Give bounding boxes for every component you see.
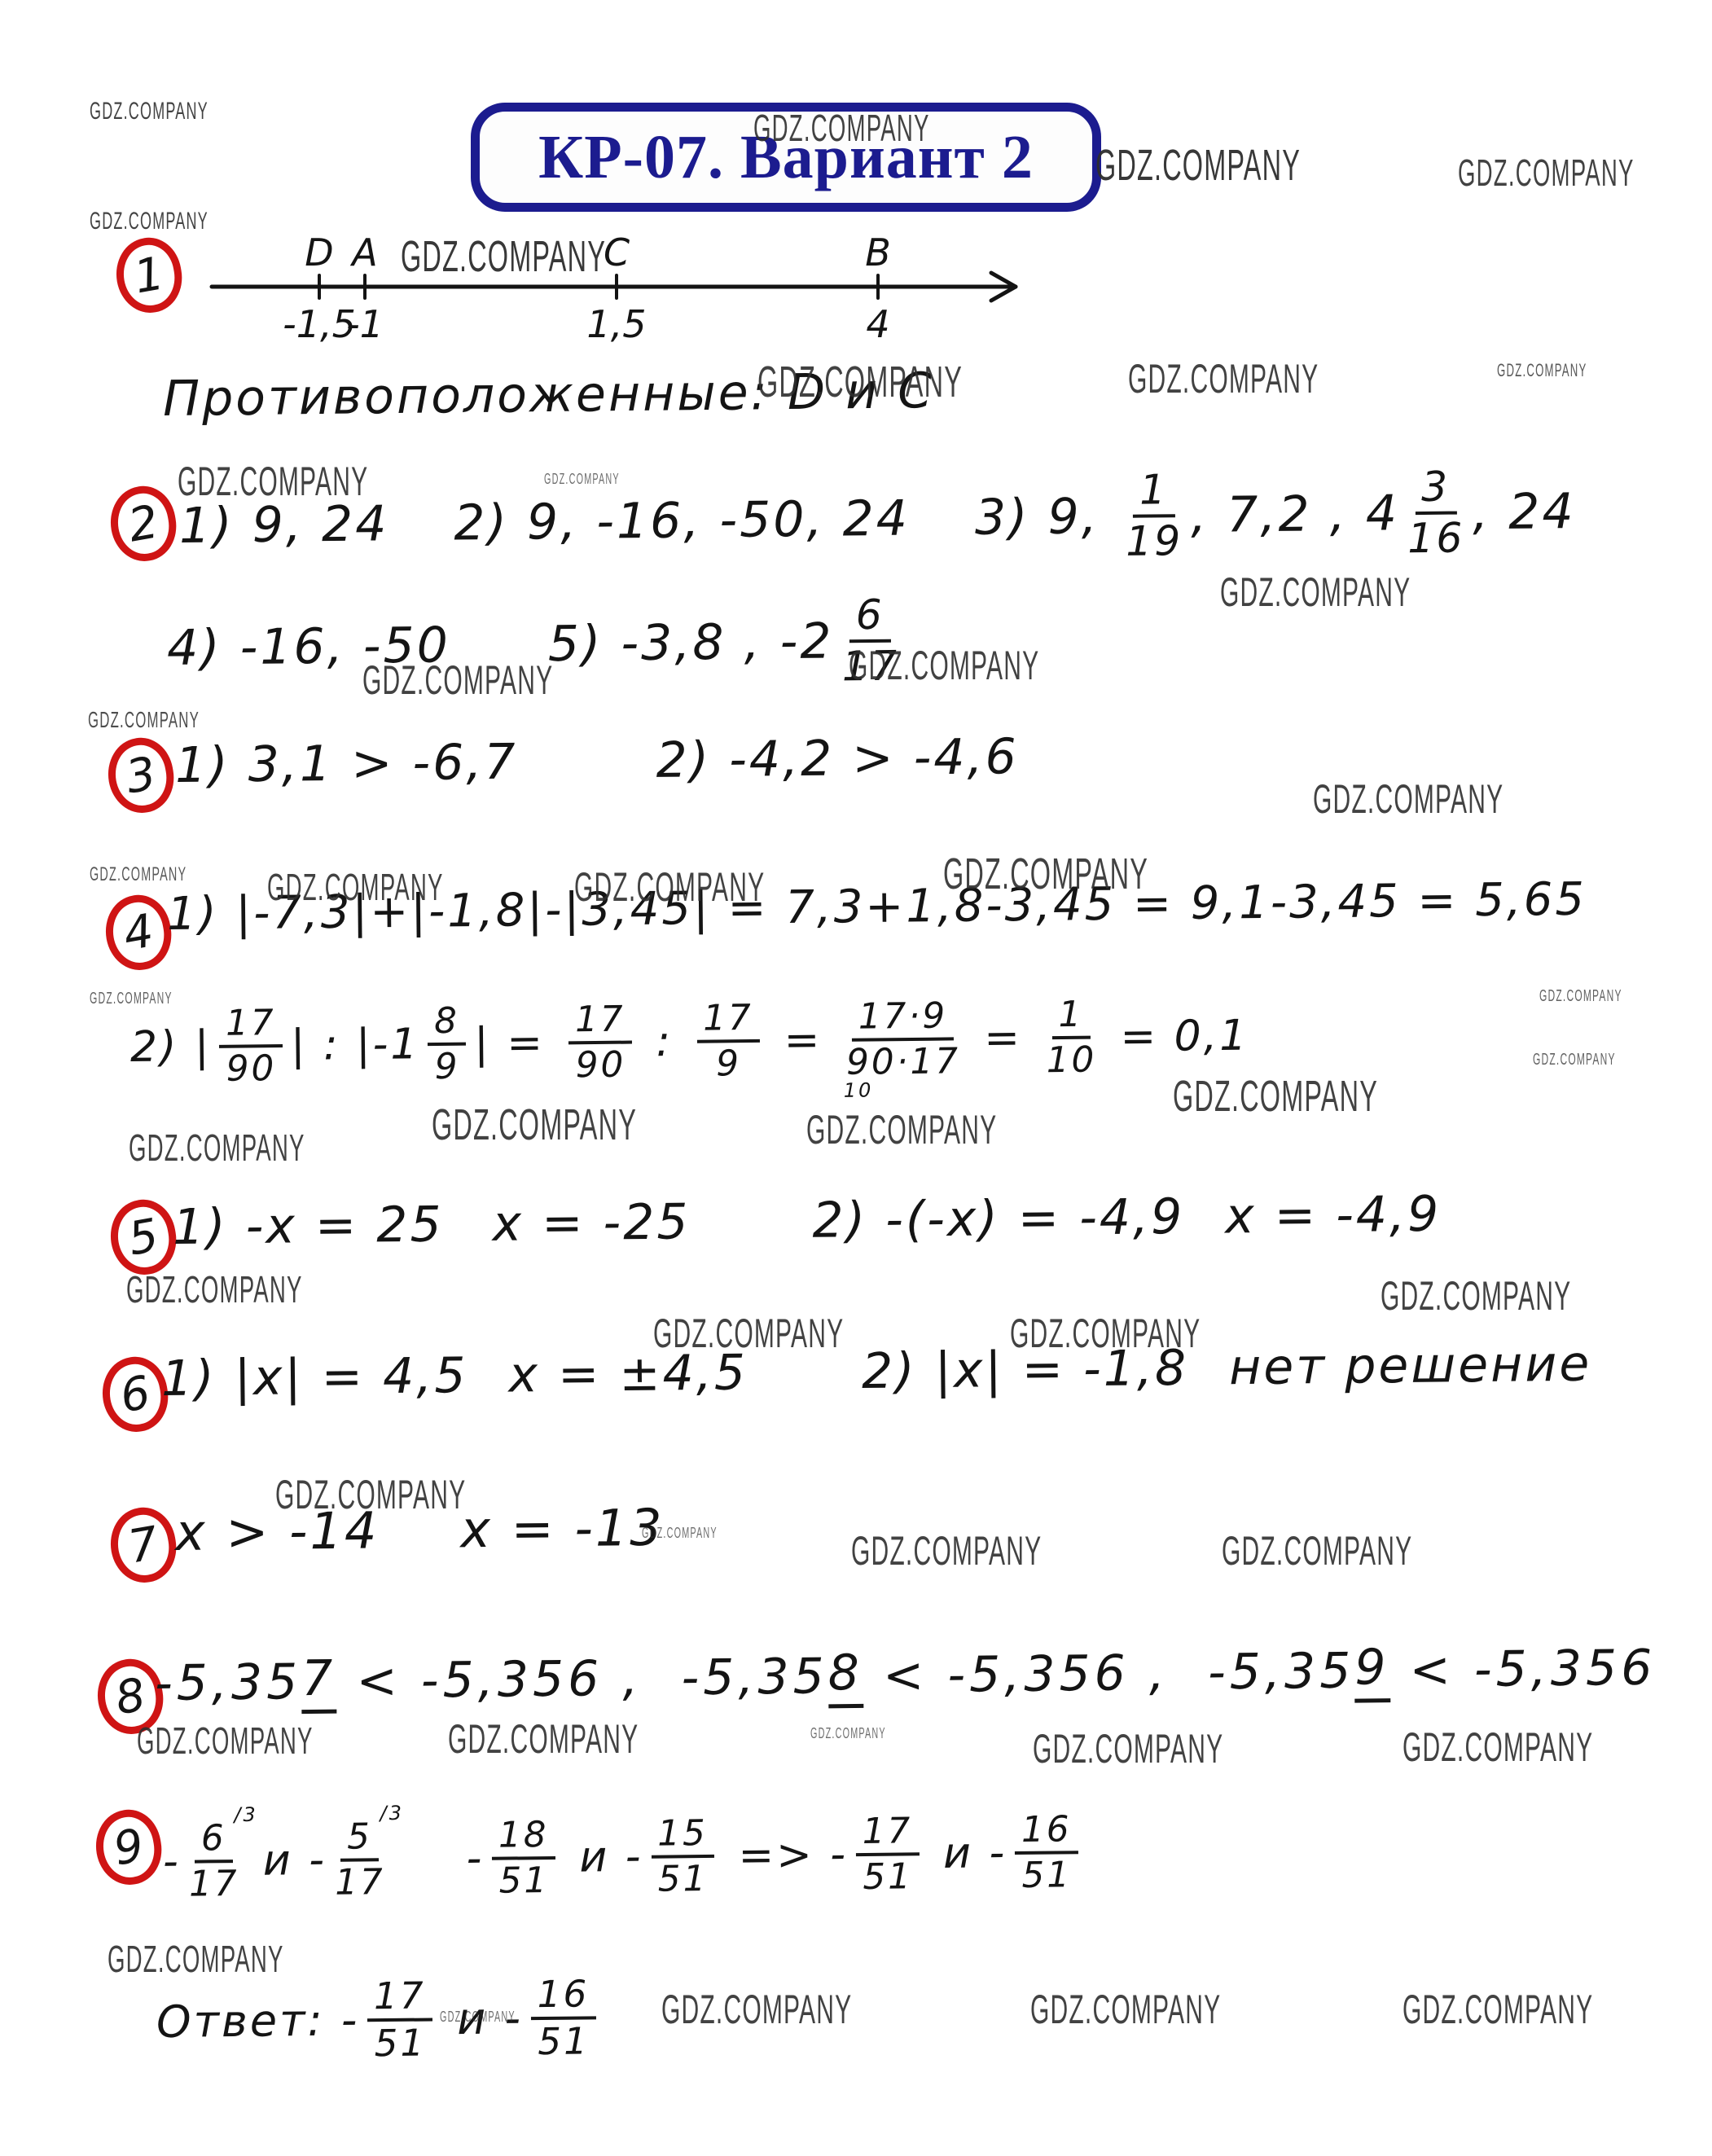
- fraction-numerator: 6: [195, 1820, 233, 1863]
- fraction: 179: [696, 999, 761, 1083]
- watermark: GDZ.COMPANY: [448, 1715, 639, 1763]
- math-text: 1) |x| = 4,5: [161, 1347, 468, 1407]
- fraction: 110: [1046, 996, 1097, 1079]
- fraction-denominator: 90: [226, 1047, 276, 1088]
- watermark: GDZ.COMPANY: [661, 1986, 852, 2033]
- fraction-numerator: 17: [696, 999, 760, 1043]
- fraction-numerator: 8: [428, 1003, 466, 1046]
- watermark: GDZ.COMPANY: [753, 106, 930, 150]
- arrowhead: [991, 287, 1016, 301]
- watermark: GDZ.COMPANY: [1497, 360, 1587, 381]
- spacer: [393, 1859, 467, 1860]
- watermark: GDZ.COMPANY: [88, 707, 200, 733]
- math-text: < -5,356 , -5,35: [863, 1643, 1355, 1705]
- fraction-denominator: 90: [575, 1043, 626, 1084]
- fraction-denominator: 17: [189, 1863, 239, 1904]
- spacer: [468, 1376, 508, 1377]
- math-text: 2) -4,2 > -4,6: [656, 728, 1019, 789]
- fraction: 1851: [492, 1816, 556, 1900]
- spacer: [379, 1530, 460, 1530]
- watermark: GDZ.COMPANY: [362, 656, 553, 704]
- underlined-digit: 9: [1354, 1639, 1390, 1702]
- math-text: =: [768, 1016, 838, 1065]
- problem-2-badge: 2: [105, 481, 182, 566]
- watermark: GDZ.COMPANY: [1095, 140, 1301, 191]
- spacer: [444, 1224, 493, 1225]
- number-line-svg: D-1,5A-1C1,5B4: [187, 220, 1059, 358]
- watermark: GDZ.COMPANY: [943, 849, 1148, 899]
- watermark: GDZ.COMPANY: [1381, 1272, 1571, 1320]
- fraction-numerator: 6: [849, 594, 891, 643]
- fraction-numerator: 1: [1133, 468, 1175, 517]
- watermark: GDZ.COMPANY: [1033, 1725, 1223, 1772]
- fraction: 617∕3: [188, 1820, 239, 1903]
- watermark: GDZ.COMPANY: [108, 1937, 284, 1981]
- fraction-denominator: 9: [716, 1043, 741, 1082]
- fraction: 1790: [219, 1004, 283, 1088]
- value-label: -1: [346, 302, 384, 346]
- math-text: x = -25: [492, 1193, 691, 1253]
- fraction-denominator: 90·17: [846, 1040, 961, 1081]
- watermark: GDZ.COMPANY: [275, 1471, 466, 1518]
- spacer: [1188, 1368, 1229, 1368]
- math-text: 3) 9,: [975, 488, 1118, 547]
- problem-2-line-1: 1) 9, 242) 9, -16, -50, 243) 9, 119, 7,2…: [178, 464, 1576, 573]
- problem-3-line-1: 1) 3,1 > -6,72) -4,2 > -4,6: [175, 728, 1019, 794]
- problem-5-line-1: 1) -x = 25x = -252) -(-x) = -4,9x = -4,9: [173, 1186, 1442, 1256]
- fraction-numerator: 17: [219, 1004, 283, 1048]
- watermark: GDZ.COMPANY: [267, 865, 444, 909]
- fraction-denominator: 51: [498, 1860, 549, 1900]
- watermark: GDZ.COMPANY: [401, 231, 606, 282]
- spacer: [748, 1372, 862, 1372]
- problem-9-answer: Ответ: -1751 и -1651: [156, 1974, 604, 2065]
- watermark: GDZ.COMPANY: [1313, 775, 1503, 823]
- fraction-denominator: 51: [374, 2021, 426, 2062]
- math-text: | : |-1: [291, 1020, 420, 1070]
- watermark: GDZ.COMPANY: [1010, 1310, 1201, 1357]
- fraction-numerator: 16: [1015, 1811, 1078, 1855]
- fraction-numerator: 16: [530, 1974, 595, 2019]
- math-text: 1) -x = 25: [173, 1197, 444, 1256]
- fraction: 17·990·1710: [845, 997, 960, 1081]
- fraction: 1751: [855, 1812, 920, 1896]
- problem-1-badge: 1: [111, 233, 188, 318]
- value-label: 4: [866, 302, 889, 346]
- fraction-denominator: 51: [1021, 1854, 1072, 1895]
- fraction-denominator: 16: [1407, 514, 1465, 560]
- expand-mark: ∕3: [380, 1803, 404, 1824]
- watermark: GDZ.COMPANY: [1222, 1527, 1412, 1574]
- math-text: x = -13: [460, 1498, 665, 1560]
- scanned-homework-page: { "title": { "text": "КР-07. Вариант 2",…: [0, 0, 1712, 2156]
- spacer: [450, 644, 548, 645]
- fraction-denominator: 51: [658, 1858, 709, 1899]
- problem-4-line-2: 2) |1790| : |-189| = 1790 : 179 = 17·990…: [129, 995, 1249, 1089]
- fraction: 1790: [568, 1001, 633, 1085]
- fraction-numerator: 15: [651, 1815, 714, 1859]
- watermark: GDZ.COMPANY: [1173, 1071, 1378, 1122]
- math-text: :: [640, 1017, 689, 1067]
- fraction: 1551: [651, 1815, 715, 1899]
- math-text: , 24: [1473, 483, 1576, 541]
- problem-9-line-1: -617∕3 и -517∕3-1851 и -1551 => -1751 и …: [162, 1811, 1086, 1904]
- watermark: GDZ.COMPANY: [757, 357, 963, 407]
- fraction-numerator: 17·9: [852, 997, 955, 1041]
- watermark: GDZ.COMPANY: [137, 1719, 314, 1763]
- spacer: [1184, 1216, 1225, 1217]
- fraction: 517∕3: [334, 1818, 385, 1901]
- arrowhead: [991, 273, 1016, 287]
- value-label: 1,5: [586, 302, 646, 346]
- fraction: 1651: [1015, 1811, 1079, 1895]
- fraction: 89: [428, 1003, 467, 1086]
- problem-9-badge: 9: [90, 1805, 168, 1890]
- watermark: GDZ.COMPANY: [129, 1126, 305, 1170]
- watermark: GDZ.COMPANY: [440, 2009, 516, 2026]
- expand-mark: ∕3: [234, 1805, 258, 1826]
- number-line-figure: D-1,5A-1C1,5B4: [187, 220, 1059, 358]
- fraction-numerator: 17: [855, 1812, 919, 1856]
- math-text: => -: [722, 1830, 849, 1881]
- problem-3-badge: 3: [103, 733, 180, 818]
- cancellation-note: 10: [844, 1080, 874, 1101]
- watermark: GDZ.COMPANY: [810, 1725, 886, 1742]
- point-label: D: [305, 231, 333, 274]
- math-text: < -5,356 , -5,35: [336, 1648, 828, 1710]
- math-text: и -: [564, 1833, 643, 1882]
- value-label: -1,5: [283, 302, 356, 346]
- fraction: 316: [1407, 465, 1464, 560]
- watermark: GDZ.COMPANY: [90, 208, 209, 235]
- watermark: GDZ.COMPANY: [574, 863, 765, 911]
- math-text: -: [466, 1834, 484, 1883]
- watermark: GDZ.COMPANY: [1533, 1051, 1616, 1069]
- watermark: GDZ.COMPANY: [849, 642, 1039, 689]
- math-text: 2) 9, -16, -50, 24: [454, 490, 910, 552]
- watermark: GDZ.COMPANY: [1539, 987, 1622, 1006]
- math-text: и -: [927, 1829, 1007, 1878]
- watermark: GDZ.COMPANY: [851, 1527, 1042, 1574]
- watermark: GDZ.COMPANY: [1220, 569, 1411, 616]
- fraction-denominator: 19: [1126, 517, 1183, 564]
- fraction-denominator: 10: [1046, 1038, 1096, 1079]
- fraction-denominator: 51: [863, 1855, 913, 1896]
- fraction-numerator: 17: [568, 1001, 632, 1045]
- math-text: | =: [474, 1018, 561, 1068]
- problem-7-badge: 7: [105, 1503, 182, 1587]
- watermark: GDZ.COMPANY: [544, 471, 620, 488]
- watermark: GDZ.COMPANY: [653, 1310, 844, 1357]
- watermark: GDZ.COMPANY: [432, 1100, 637, 1150]
- watermark: GDZ.COMPANY: [642, 1525, 718, 1542]
- fraction-numerator: 1: [1051, 996, 1090, 1039]
- point-label: B: [865, 231, 891, 274]
- underlined-digit: 7: [301, 1650, 337, 1714]
- watermark: GDZ.COMPANY: [1403, 1986, 1593, 2033]
- problem-6-line-1: 1) |x| = 4,5x = ±4,52) |x| = -1,8нет реш…: [161, 1336, 1592, 1407]
- math-text: =: [968, 1013, 1038, 1063]
- watermark: GDZ.COMPANY: [90, 990, 173, 1008]
- math-text: -: [163, 1838, 181, 1886]
- watermark: GDZ.COMPANY: [1128, 355, 1319, 402]
- watermark: GDZ.COMPANY: [178, 458, 368, 505]
- math-text: -5,35: [155, 1653, 302, 1712]
- spacer: [388, 523, 454, 524]
- fraction: 119: [1125, 468, 1183, 564]
- spacer: [910, 518, 975, 519]
- watermark: GDZ.COMPANY: [90, 863, 187, 886]
- fraction-denominator: 9: [434, 1046, 459, 1086]
- math-text: = 0,1: [1104, 1011, 1249, 1061]
- spacer: [518, 761, 656, 762]
- watermark: GDZ.COMPANY: [1030, 1986, 1221, 2033]
- fraction: 1751: [367, 1976, 433, 2062]
- fraction-numerator: 18: [492, 1816, 555, 1860]
- math-text: < -5,356: [1389, 1640, 1657, 1699]
- math-text: x = -4,9: [1225, 1186, 1442, 1245]
- watermark: GDZ.COMPANY: [90, 98, 209, 125]
- math-text: нет решение: [1229, 1336, 1592, 1397]
- fraction-numerator: 5: [340, 1818, 379, 1861]
- underlined-digit: 8: [827, 1644, 863, 1708]
- fraction-denominator: 17: [335, 1861, 385, 1902]
- point-label: C: [604, 231, 630, 274]
- math-text: 2) |: [130, 1022, 212, 1072]
- fraction-denominator: 51: [538, 2019, 590, 2061]
- problem-4-badge: 4: [100, 890, 178, 975]
- point-label: A: [349, 231, 377, 274]
- math-text: и -: [247, 1836, 327, 1886]
- watermark: GDZ.COMPANY: [126, 1267, 303, 1311]
- spacer: [690, 1221, 812, 1223]
- fraction-numerator: 3: [1415, 466, 1457, 515]
- fraction-numerator: 17: [367, 1976, 432, 2021]
- watermark: GDZ.COMPANY: [1403, 1723, 1593, 1771]
- math-text: 2) -(-x) = -4,9: [812, 1188, 1184, 1249]
- problem-8-line-1: -5,357 < -5,356 , -5,358 < -5,356 , -5,3…: [155, 1636, 1657, 1715]
- math-text: 1) 3,1 > -6,7: [175, 734, 518, 794]
- watermark: GDZ.COMPANY: [1458, 151, 1635, 195]
- math-text: Ответ: -: [156, 1995, 360, 2048]
- math-text: 5) -3,8 , -2: [547, 613, 833, 673]
- watermark: GDZ.COMPANY: [806, 1106, 997, 1153]
- math-text: , 7,2 , 4: [1191, 485, 1400, 544]
- fraction: 1651: [530, 1974, 596, 2061]
